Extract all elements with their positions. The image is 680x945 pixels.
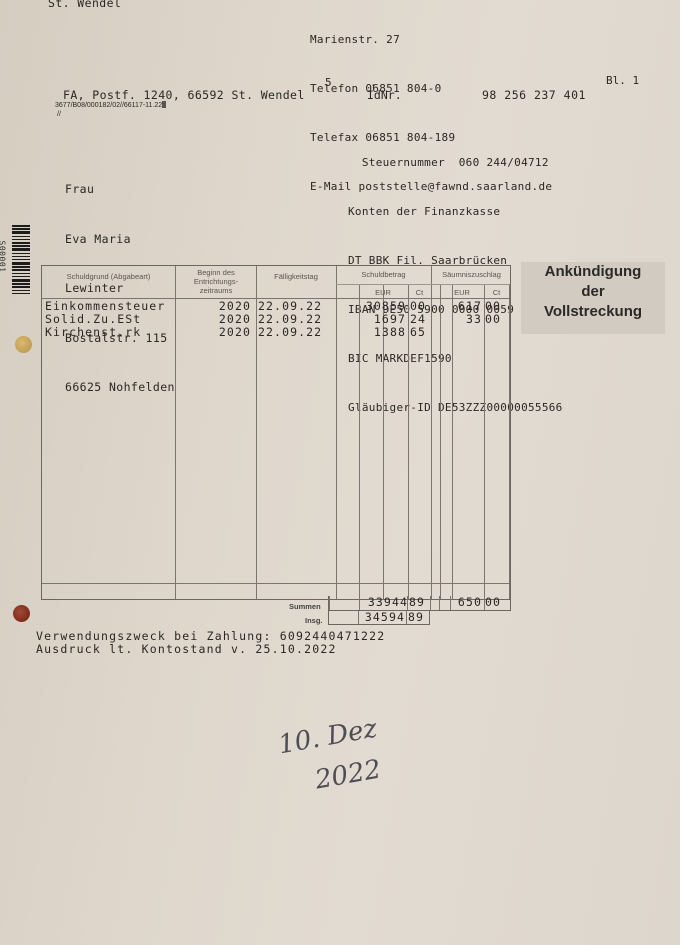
barcode — [12, 225, 30, 295]
row-3-reason: Kirchenst.rk — [45, 326, 141, 339]
punch-hole-red — [13, 605, 30, 622]
total-row: 34594 89 — [328, 610, 430, 625]
handwritten-year: 2022 — [313, 754, 383, 795]
handwritten-date: 10. Dez — [276, 714, 379, 761]
header-debt-ct: Ct — [408, 288, 431, 297]
sums-label: Summen — [289, 602, 321, 611]
row-3-due-date: 22.09.22 — [258, 326, 322, 339]
row-3-debt-eur: 1388 — [346, 326, 406, 339]
printout-date: Ausdruck lt. Kontostand v. 25.10.2022 — [36, 642, 337, 656]
page-mark: 5 — [325, 76, 332, 89]
sums-debt-eur: 33944 — [348, 596, 408, 609]
total-eur: 34594 — [345, 611, 405, 624]
row-3-debt-ct: 65 — [410, 326, 426, 339]
header-period-start: Beginn des Entrichtungs- zeitraums — [182, 268, 250, 295]
row-3-year: 2020 — [191, 326, 251, 339]
recipient-first-name: Eva Maria — [65, 232, 175, 244]
punch-hole-yellow — [15, 336, 32, 353]
header-sur-ct: Ct — [484, 288, 509, 297]
office-street: Marienstr. 27 — [310, 34, 552, 45]
header-debt: Schuldbetrag — [336, 270, 431, 279]
cursor-block — [162, 101, 166, 108]
stamp-line-1: Ankündigung — [521, 262, 665, 282]
reference-number: 3677/B08/000182/02//66117-11.22 — [55, 102, 162, 109]
enforcement-notice-stamp: Ankündigung der Vollstreckung — [521, 262, 665, 334]
stamp-line-2: der — [521, 282, 665, 302]
sheet-number: Bl. 1 — [606, 74, 639, 87]
idnr-label: IdNr. — [367, 88, 402, 102]
sums-sur-eur: 650 — [432, 596, 482, 609]
sender-city: St. Wendel — [48, 0, 121, 10]
debt-table: Schuldgrund (Abgabeart) Beginn des Entri… — [41, 265, 511, 600]
reference-slashes: // — [57, 111, 61, 118]
barcode-number: S00001 — [0, 241, 6, 273]
idnr-value: 98 256 237 401 — [482, 88, 586, 102]
return-address: FA, Postf. 1240, 66592 St. Wendel — [63, 88, 305, 102]
header-debt-eur: EUR — [359, 288, 407, 297]
recipient-salutation: Frau — [65, 182, 175, 194]
bank-accounts-label: Konten der Finanzkasse — [348, 205, 570, 216]
header-reason: Schuldgrund (Abgabeart) — [42, 272, 175, 281]
sums-debt-ct: 89 — [409, 596, 425, 609]
header-due-date: Fälligkeitstag — [256, 272, 336, 281]
header-sur-eur: EUR — [440, 288, 484, 297]
tax-number: Steuernummer 060 244/04712 — [348, 156, 570, 167]
sums-row: 33944 89 650 00 — [328, 596, 511, 611]
total-ct: 89 — [408, 611, 424, 624]
row-2-surcharge-eur: 33 — [442, 313, 482, 326]
payment-purpose: Verwendungszweck bei Zahlung: 6092440471… — [36, 629, 385, 643]
row-2-surcharge-ct: 00 — [485, 313, 501, 326]
sums-sur-ct: 00 — [485, 596, 501, 609]
total-label: Insg. — [305, 616, 323, 625]
header-surcharge: Säumniszuschlag — [431, 270, 512, 279]
stamp-line-3: Vollstreckung — [521, 302, 665, 322]
reference-line: 3677/B08/000182/02//66117-11.22 — [55, 101, 166, 109]
